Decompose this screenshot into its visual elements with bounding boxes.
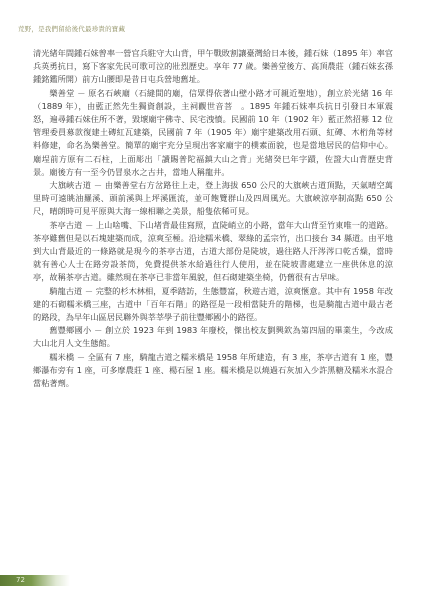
paragraph-leshan-temple: 樂善堂 － 原名石峽廟（石縫間的廟，信眾得依著山壁小路才可親近聖地），創立於光緒…: [33, 87, 393, 179]
paragraph-daqixia-trail: 大旗峽古道 － 由樂善堂右方岔路往上走，登上海拔 650 公尺的大旗峽古道頂點，…: [33, 179, 393, 219]
document-body: 清光緒年間鍾石妹曾率一營官兵駐守大山背，甲午戰敗割讓臺灣給日本後，鍾石妹（189…: [33, 47, 393, 390]
paragraph-chating-trail: 茶亭古道 － 上山啥嘴、下山堵背最佳寫照，直陡峭立的小路，當年大山背至竹東唯一的…: [33, 219, 393, 285]
running-header: 荒野，是我們留給後代最珍貴的寶藏: [18, 24, 125, 33]
paragraph-zhong-shimei: 清光緒年間鍾石妹曾率一營官兵駐守大山背，甲午戰敗割讓臺灣給日本後，鍾石妹（189…: [33, 47, 393, 87]
paragraph-fengxiang-school: 舊豐鄉國小 － 創立於 1923 年到 1983 年廢校，傑出校友劉興欽為第四屆…: [33, 324, 393, 350]
paragraph-qilong-trail: 騎龍古道 － 完整的杉木林相，夏季踏訪，生態豐富，秋遊古道，涼爽愜意。其中有 1…: [33, 285, 393, 325]
footer-accent-bar: [0, 575, 70, 586]
paragraph-sticky-rice-bridge: 糯米橋 － 全區有 7 座，騎龍古道之糯米橋是 1958 年所建造，有 3 座，…: [33, 351, 393, 391]
page-number: 72: [16, 575, 25, 586]
